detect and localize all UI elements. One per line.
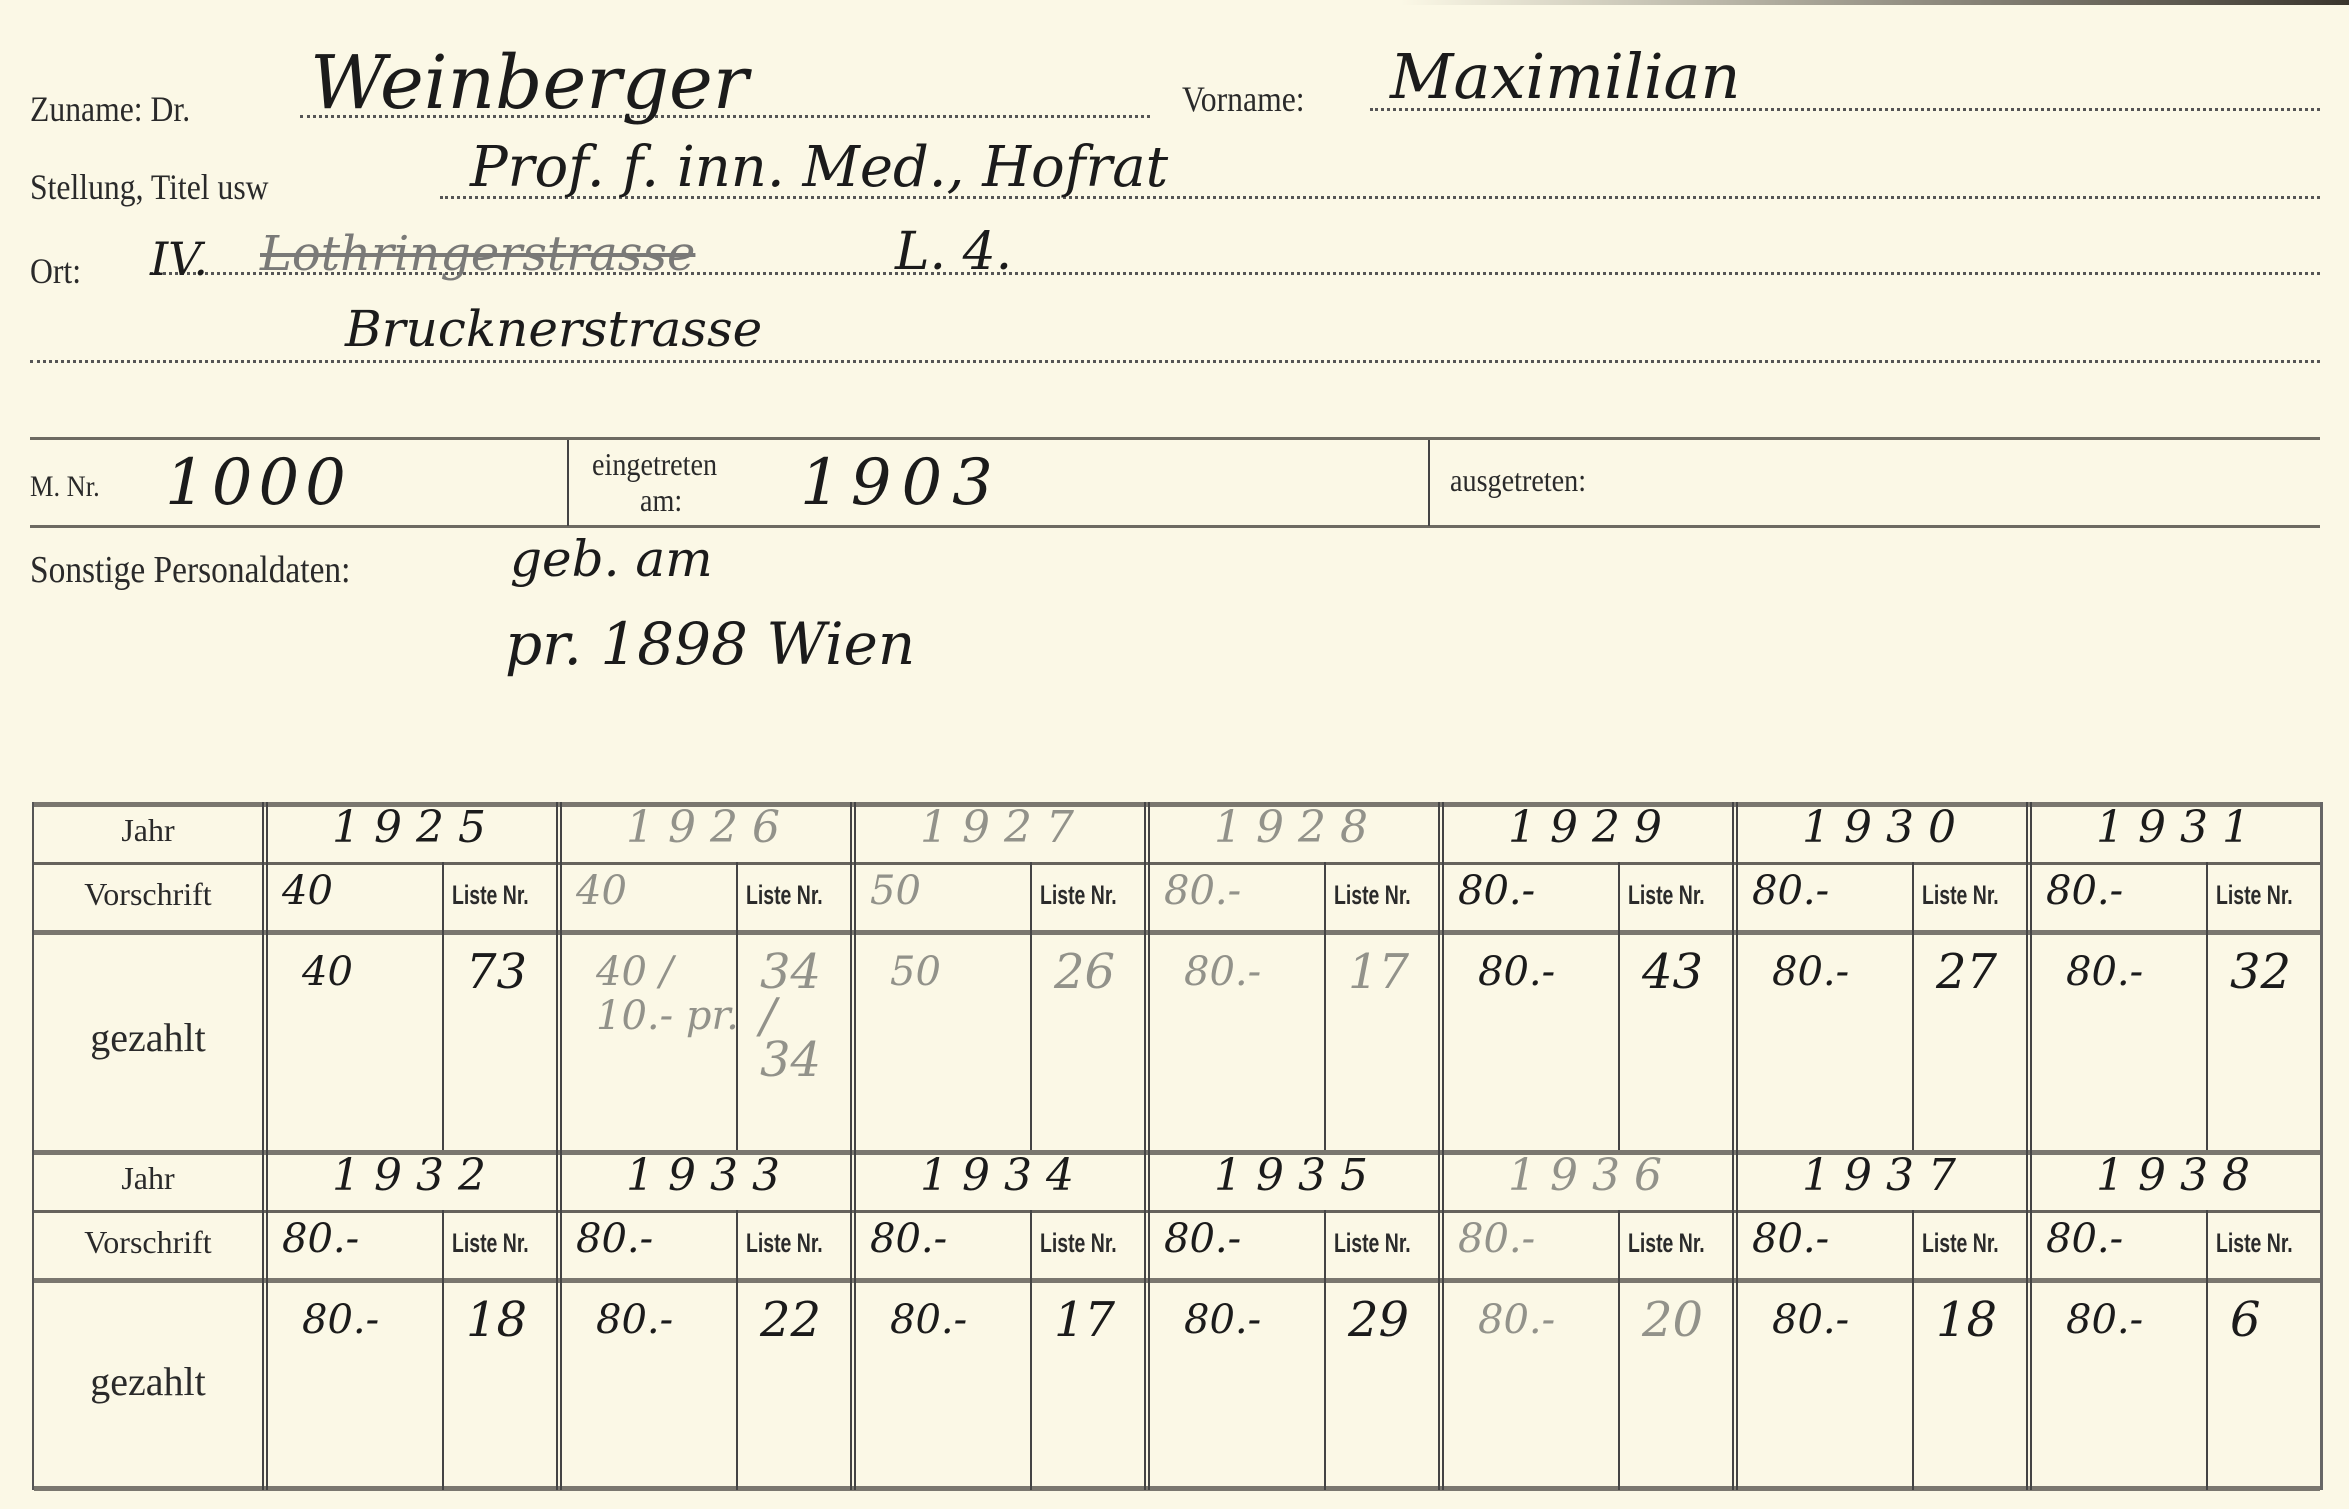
list-no-label: Liste Nr. [1922, 1228, 1999, 1259]
year-value: 1938 [2096, 1150, 2264, 1201]
prescribed-amount: 80.- [2046, 1216, 2123, 1262]
year-row-rule [34, 862, 2320, 865]
list-no-value: 17 [1054, 1298, 1115, 1342]
paid-amount: 40 [302, 950, 353, 994]
place-district: IV. [150, 232, 208, 286]
list-no-label: Liste Nr. [452, 1228, 529, 1259]
list-column-divider [1324, 862, 1326, 1150]
paid-amount: 40 / 10.- pr. [596, 950, 746, 1038]
prescribed-amount: 80.- [1752, 868, 1829, 914]
joined-label-2: am: [640, 482, 682, 519]
member-no-value: 1000 [165, 446, 352, 520]
row-label-prescribed: Vorschrift [34, 1224, 262, 1261]
list-column-divider [442, 862, 444, 1150]
row-label-paid: gezahlt [34, 1358, 262, 1405]
paid-amount: 80.- [1184, 950, 1261, 994]
year-value: 1931 [2096, 802, 2264, 853]
prescribed-amount: 80.- [1752, 1216, 1829, 1262]
list-no-value: 34 / 34 [760, 950, 840, 1082]
year-value: 1937 [1802, 1150, 1970, 1201]
surname-label: Zuname: Dr. [30, 88, 190, 130]
year-column-divider [1732, 1150, 1738, 1490]
prescribed-amount: 50 [870, 868, 921, 914]
list-no-label: Liste Nr. [2216, 1228, 2293, 1259]
prescribed-row-rule [34, 930, 2320, 935]
list-no-label: Liste Nr. [2216, 880, 2293, 911]
paid-amount: 80.- [890, 1298, 967, 1342]
list-no-value: 43 [1642, 950, 1703, 994]
prescribed-amount: 80.- [1164, 868, 1241, 914]
list-no-label: Liste Nr. [746, 1228, 823, 1259]
year-value: 1930 [1802, 802, 1970, 853]
list-column-divider [442, 1210, 444, 1490]
list-no-value: 22 [760, 1298, 821, 1342]
paid-amount: 80.- [1772, 950, 1849, 994]
place-number: L. 4. [895, 222, 1012, 282]
paid-amount: 80.- [2066, 1298, 2143, 1342]
row-label-paid: gezahlt [34, 1014, 262, 1061]
year-column-divider [2026, 802, 2032, 1150]
prescribed-amount: 80.- [1458, 1216, 1535, 1262]
list-no-value: 18 [466, 1298, 527, 1342]
year-column-divider [850, 1150, 856, 1490]
joined-value: 1903 [800, 446, 1003, 520]
list-column-divider [2206, 862, 2208, 1150]
position-value: Prof. f. inn. Med., Hofrat [470, 135, 1168, 200]
place-new-street: Brucknerstrasse [345, 300, 762, 358]
year-value: 1933 [626, 1150, 794, 1201]
year-column-divider [556, 802, 562, 1150]
paid-amount: 80.- [1184, 1298, 1261, 1342]
year-value: 1928 [1214, 802, 1382, 853]
prescribed-amount: 40 [576, 868, 627, 914]
paid-amount: 80.- [302, 1298, 379, 1342]
row-label-year: Jahr [34, 812, 262, 849]
member-box-top-rule [30, 437, 2320, 440]
position-label: Stellung, Titel usw [30, 166, 269, 208]
year-column-divider [1144, 802, 1150, 1150]
other-data-label: Sonstige Personaldaten: [30, 548, 350, 592]
year-column-divider [1144, 1150, 1150, 1490]
row-label-year: Jahr [34, 1160, 262, 1197]
list-no-label: Liste Nr. [1040, 1228, 1117, 1259]
year-column-divider [2026, 1150, 2032, 1490]
list-no-label: Liste Nr. [746, 880, 823, 911]
paid-amount: 80.- [1772, 1298, 1849, 1342]
list-no-label: Liste Nr. [1922, 880, 1999, 911]
prescribed-row-rule [34, 1278, 2320, 1283]
other-data-line-1: geb. am [510, 530, 713, 588]
year-value: 1926 [626, 802, 794, 853]
member-box-bottom-rule [30, 525, 2320, 528]
list-column-divider [736, 1210, 738, 1490]
year-column-divider [262, 802, 268, 1150]
list-no-value: 73 [466, 950, 527, 994]
list-no-value: 18 [1936, 1298, 1997, 1342]
other-data-line-2: pr. 1898 Wien [505, 610, 915, 678]
list-no-label: Liste Nr. [1334, 1228, 1411, 1259]
year-value: 1929 [1508, 802, 1676, 853]
list-no-value: 6 [2230, 1298, 2261, 1342]
list-no-label: Liste Nr. [1628, 880, 1705, 911]
prescribed-amount: 80.- [576, 1216, 653, 1262]
list-column-divider [2206, 1210, 2208, 1490]
prescribed-amount: 40 [282, 868, 333, 914]
year-column-divider [262, 1150, 268, 1490]
card-top-edge-shadow [1400, 0, 2349, 5]
table-bottom-rule [34, 1486, 2320, 1491]
year-column-divider [1438, 1150, 1444, 1490]
year-column-divider [556, 1150, 562, 1490]
list-column-divider [1912, 1210, 1914, 1490]
prescribed-amount: 80.- [1164, 1216, 1241, 1262]
list-column-divider [1618, 862, 1620, 1150]
list-no-value: 27 [1936, 950, 1997, 994]
list-no-label: Liste Nr. [1040, 880, 1117, 911]
list-no-label: Liste Nr. [1334, 880, 1411, 911]
list-no-value: 29 [1348, 1298, 1409, 1342]
surname-value: Weinberger [310, 40, 748, 126]
firstname-label: Vorname: [1182, 78, 1305, 120]
year-value: 1934 [920, 1150, 1088, 1201]
year-value: 1925 [332, 802, 500, 853]
list-column-divider [1324, 1210, 1326, 1490]
place-struck-street: Lothringerstrasse [260, 226, 695, 282]
paid-amount: 80.- [2066, 950, 2143, 994]
year-column-divider [1438, 802, 1444, 1150]
dues-table-block: JahrVorschriftgezahlt193280.-Liste Nr.80… [32, 1150, 2323, 1490]
list-no-value: 32 [2230, 950, 2291, 994]
list-no-value: 20 [1642, 1298, 1703, 1342]
list-no-value: 17 [1348, 950, 1409, 994]
year-value: 1927 [920, 802, 1088, 853]
list-column-divider [1912, 862, 1914, 1150]
paid-amount: 80.- [596, 1298, 673, 1342]
list-column-divider [1030, 1210, 1032, 1490]
paid-amount: 80.- [1478, 950, 1555, 994]
left-label: ausgetreten: [1450, 462, 1586, 499]
year-row-rule [34, 1210, 2320, 1213]
member-box-divider-2 [1428, 440, 1430, 526]
list-column-divider [1030, 862, 1032, 1150]
firstname-value: Maximilian [1390, 40, 1740, 113]
prescribed-amount: 80.- [1458, 868, 1535, 914]
prescribed-amount: 80.- [870, 1216, 947, 1262]
prescribed-amount: 80.- [2046, 868, 2123, 914]
year-value: 1932 [332, 1150, 500, 1201]
joined-label-1: eingetreten [592, 446, 717, 483]
year-column-divider [850, 802, 856, 1150]
place-line-2 [30, 360, 2320, 363]
list-no-label: Liste Nr. [1628, 1228, 1705, 1259]
list-no-label: Liste Nr. [452, 880, 529, 911]
place-label: Ort: [30, 250, 81, 292]
prescribed-amount: 80.- [282, 1216, 359, 1262]
paid-amount: 50 [890, 950, 941, 994]
year-column-divider [1732, 802, 1738, 1150]
paid-amount: 80.- [1478, 1298, 1555, 1342]
year-value: 1936 [1508, 1150, 1676, 1201]
member-box-divider-1 [567, 440, 569, 526]
list-no-value: 26 [1054, 950, 1115, 994]
year-value: 1935 [1214, 1150, 1382, 1201]
dues-table-block: JahrVorschriftgezahlt192540Liste Nr.4073… [32, 802, 2323, 1150]
member-no-label: M. Nr. [30, 470, 100, 504]
list-column-divider [1618, 1210, 1620, 1490]
row-label-prescribed: Vorschrift [34, 876, 262, 913]
